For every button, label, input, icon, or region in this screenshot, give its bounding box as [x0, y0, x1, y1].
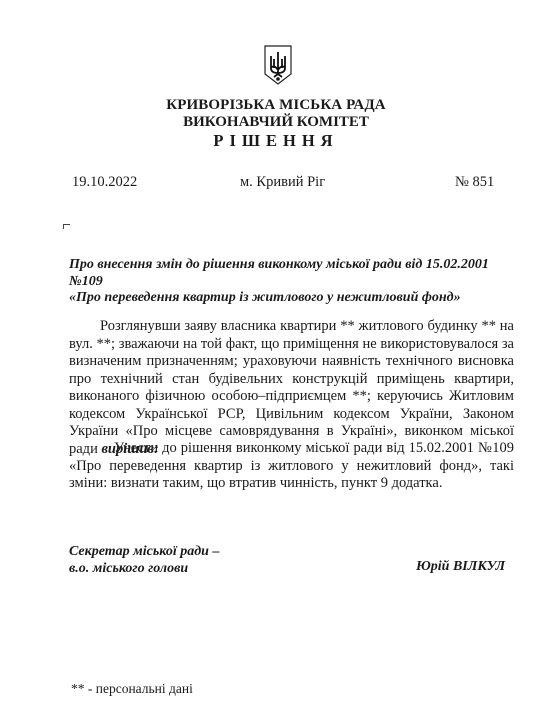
council-name: КРИВОРІЗЬКА МІСЬКА РАДА: [0, 97, 552, 114]
preamble-text: Розглянувши заяву власника квартири ** ж…: [69, 318, 514, 457]
signatory-position-line-1: Секретар міської ради –: [69, 543, 219, 560]
document-subject: Про внесення змін до рішення виконкому м…: [69, 257, 514, 307]
decision-paragraph: Унести до рішення виконкому міської ради…: [69, 440, 514, 493]
document-type-title: РІШЕННЯ: [0, 131, 552, 151]
document-date: 19.10.2022: [72, 174, 137, 191]
committee-name: ВИКОНАВЧИЙ КОМІТЕТ: [0, 114, 552, 131]
document-city: м. Кривий Ріг: [240, 174, 325, 191]
signatory-position: Секретар міської ради – в.о. міського го…: [69, 543, 219, 577]
preamble-paragraph: Розглянувши заяву власника квартири ** ж…: [69, 318, 514, 458]
signatory-position-line-2: в.о. міського голови: [69, 560, 219, 577]
document-number: № 851: [455, 174, 494, 191]
subject-line-1: Про внесення змін до рішення виконкому м…: [69, 257, 514, 290]
footnote: ** - персональні дані: [71, 681, 193, 697]
ukraine-trident-emblem-icon: [263, 44, 293, 86]
subject-line-2: «Про переведення квартир із житлового у …: [69, 290, 514, 307]
corner-mark: [63, 224, 70, 229]
signatory-name: Юрій ВІЛКУЛ: [416, 559, 505, 575]
